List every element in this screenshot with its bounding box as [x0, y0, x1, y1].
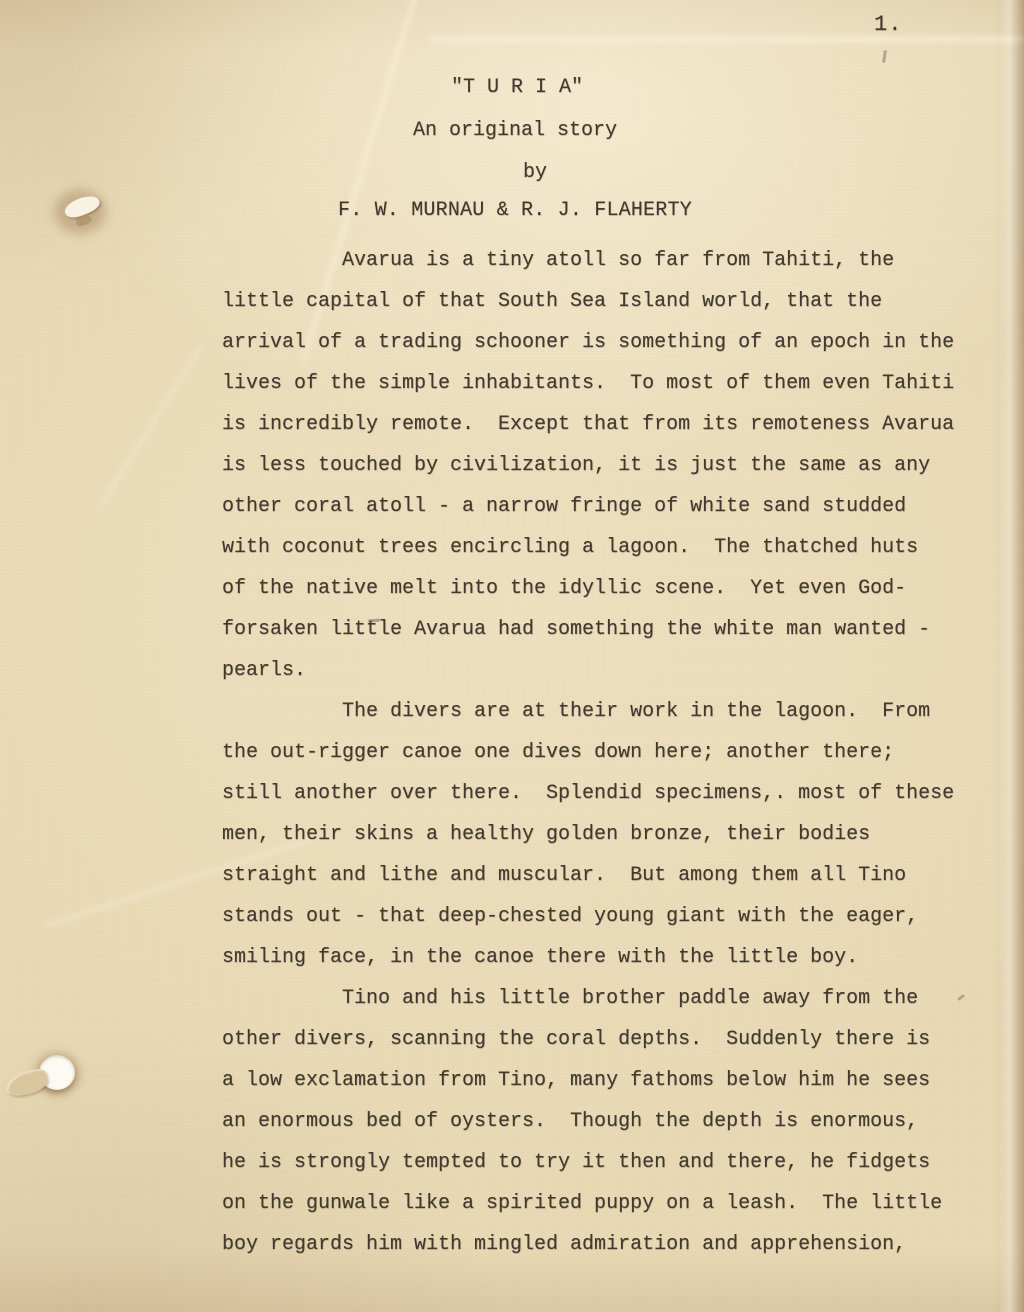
- text-line: with coconut trees encircling a lagoon. …: [222, 527, 992, 568]
- text-line: the out-rigger canoe one dives down here…: [222, 732, 992, 773]
- paper-crease-mid-left: [100, 344, 203, 507]
- text-line: other coral atoll - a narrow fringe of w…: [222, 486, 992, 527]
- manuscript-page: 1. "T U R I A" An original story by F. W…: [0, 0, 1024, 1312]
- text-line: forsaken little Avarua had something the…: [222, 609, 992, 650]
- page-number: 1.: [874, 12, 902, 37]
- byline: by: [523, 161, 547, 184]
- text-line: little capital of that South Sea Island …: [222, 281, 992, 322]
- paper-crease-horizontal: [430, 36, 1024, 43]
- text-line: Tino and his little brother paddle away …: [222, 978, 992, 1019]
- text-line: still another over there. Splendid speci…: [222, 773, 992, 814]
- text-line: he is strongly tempted to try it then an…: [222, 1142, 992, 1183]
- text-line: an enormous bed of oysters. Though the d…: [222, 1101, 992, 1142]
- text-line: arrival of a trading schooner is somethi…: [222, 322, 992, 363]
- text-line: other divers, scanning the coral depths.…: [222, 1019, 992, 1060]
- text-line: lives of the simple inhabitants. To most…: [222, 363, 992, 404]
- text-line: is less touched by civilization, it is j…: [222, 445, 992, 486]
- text-line: stands out - that deep-chested young gia…: [222, 896, 992, 937]
- text-line: of the native melt into the idyllic scen…: [222, 568, 992, 609]
- text-line: is incredibly remote. Except that from i…: [222, 404, 992, 445]
- text-line: straight and lithe and muscular. But amo…: [222, 855, 992, 896]
- story-title: "T U R I A": [451, 76, 583, 99]
- text-line: pearls.: [222, 650, 992, 691]
- typewritten-body: Avarua is a tiny atoll so far from Tahit…: [222, 240, 992, 1265]
- text-line: The divers are at their work in the lago…: [222, 691, 992, 732]
- text-line: boy regards him with mingled admiration …: [222, 1224, 992, 1265]
- text-line: on the gunwale like a spirited puppy on …: [222, 1183, 992, 1224]
- authors-line: F. W. MURNAU & R. J. FLAHERTY: [338, 199, 692, 222]
- text-line: smiling face, in the canoe there with th…: [222, 937, 992, 978]
- text-line: Avarua is a tiny atoll so far from Tahit…: [222, 240, 992, 281]
- stray-ink-mark-top: [882, 50, 887, 63]
- story-subtitle: An original story: [413, 119, 617, 142]
- punch-hole-torn-flap: [4, 1067, 50, 1099]
- text-line: a low exclamation from Tino, many fathom…: [222, 1060, 992, 1101]
- paper-edge-curl: [998, 0, 1024, 1312]
- text-line: men, their skins a healthy golden bronze…: [222, 814, 992, 855]
